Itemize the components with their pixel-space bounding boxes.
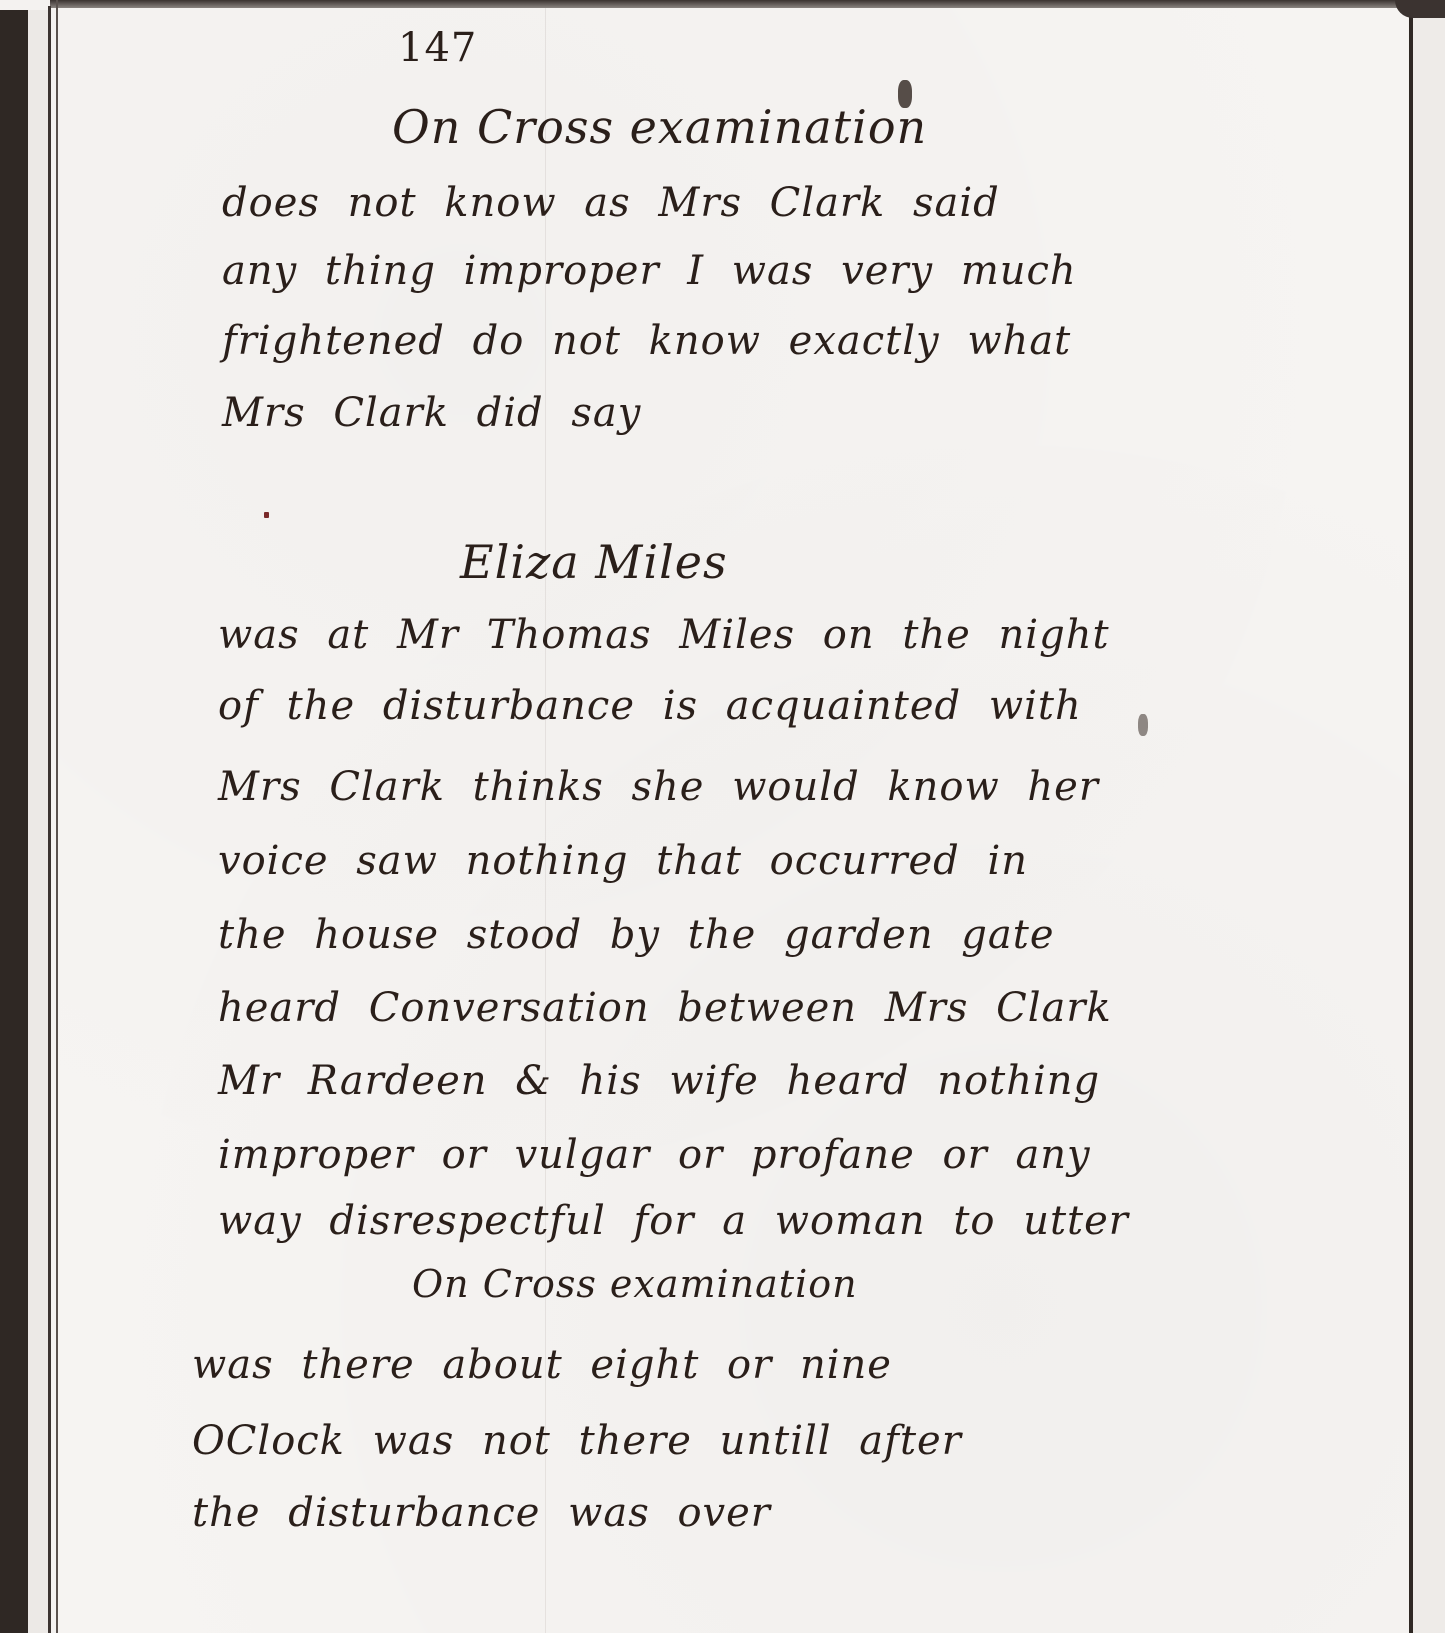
- book-binding: [0, 10, 28, 1633]
- testimony-line: the house stood by the garden gate: [218, 912, 1055, 958]
- testimony-line: way disrespectful for a woman to utter: [218, 1198, 1129, 1244]
- binding-edge-line: [48, 6, 51, 1633]
- next-page-strip: [1413, 10, 1445, 1633]
- testimony-line: does not know as Mrs Clark said: [222, 180, 1000, 226]
- testimony-line: the disturbance was over: [192, 1490, 771, 1536]
- testimony-line: OClock was not there untill after: [192, 1418, 962, 1464]
- testimony-line: heard Conversation between Mrs Clark: [218, 985, 1112, 1031]
- testimony-line: voice saw nothing that occurred in: [218, 838, 1028, 884]
- section-heading-cross-examination: On Cross examination: [392, 100, 927, 154]
- testimony-line: improper or vulgar or profane or any: [218, 1132, 1091, 1178]
- witness-name-heading: Eliza Miles: [460, 535, 728, 589]
- testimony-line: frightened do not know exactly what: [222, 318, 1071, 364]
- ink-blot: [1138, 714, 1148, 736]
- page-top-shadow: [50, 0, 1445, 8]
- testimony-line: Mrs Clark thinks she would know her: [218, 764, 1099, 810]
- testimony-line: Mr Rardeen & his wife heard nothing: [218, 1058, 1100, 1104]
- section-heading-cross-examination-2: On Cross examination: [412, 1262, 858, 1306]
- binding-gap: [28, 10, 48, 1633]
- red-ink-mark: [264, 512, 269, 518]
- testimony-line: was there about eight or nine: [192, 1342, 892, 1388]
- page-number: 147: [398, 25, 477, 71]
- testimony-line: was at Mr Thomas Miles on the night: [218, 612, 1110, 658]
- testimony-line: Mrs Clark did say: [222, 390, 641, 436]
- testimony-line: of the disturbance is acquainted with: [218, 683, 1082, 729]
- testimony-line: any thing improper I was very much: [222, 248, 1077, 294]
